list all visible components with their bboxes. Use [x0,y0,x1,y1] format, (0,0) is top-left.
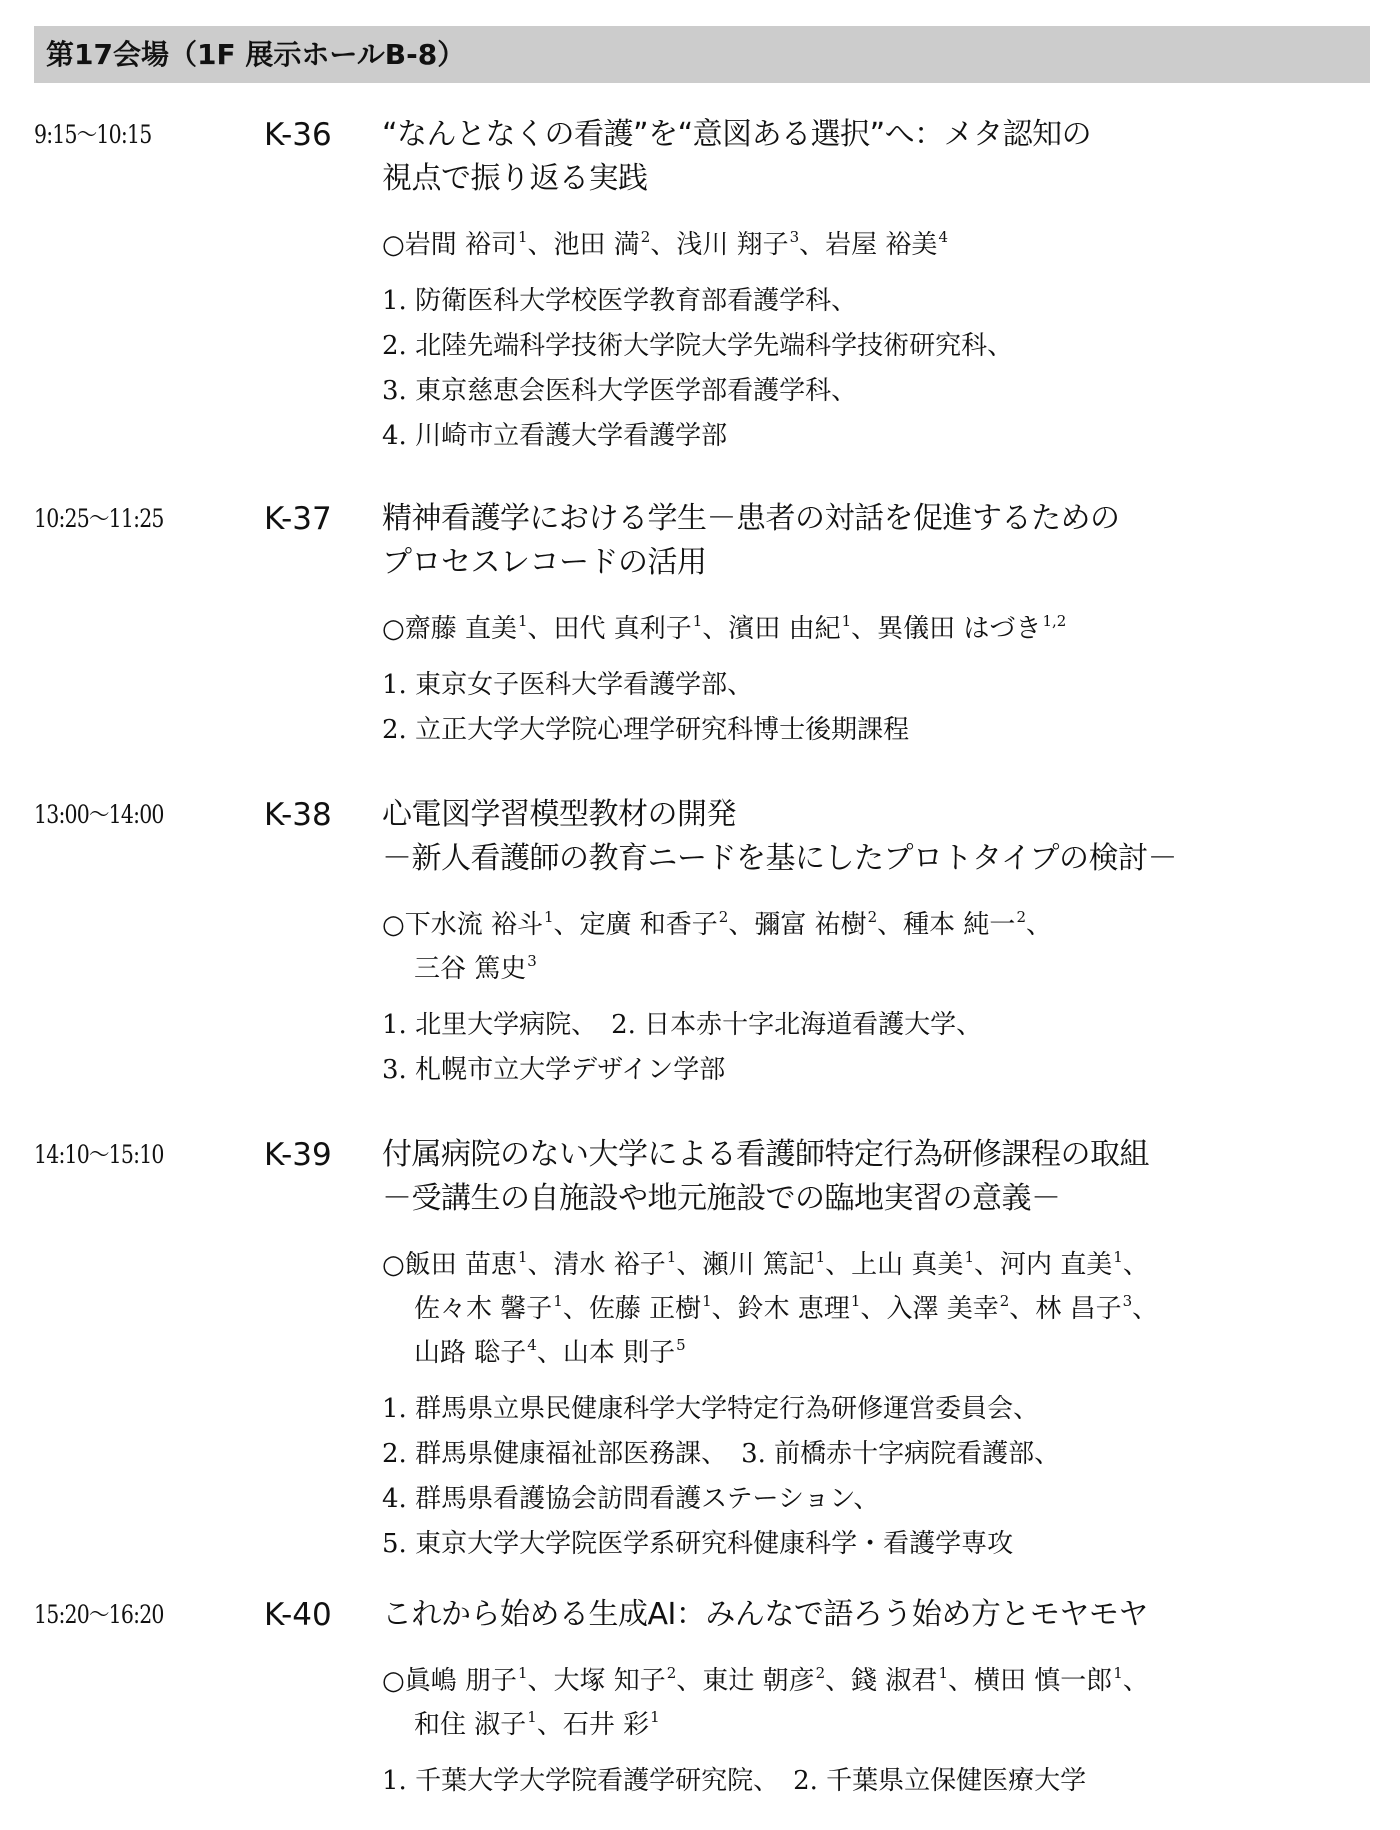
affiliation-line: 1. 千葉大学大学院看護学研究院、2. 千葉県立保健医療大学 [382,1759,1382,1804]
affiliation: 2. 群馬県健康福祉部医務課、 [382,1439,727,1469]
affiliation-list: 1. 千葉大学大学院看護学研究院、2. 千葉県立保健医療大学 [382,1759,1382,1804]
author: 東辻 朝彦2、 [702,1666,851,1696]
author-name: 浅川 翔子 [676,230,788,260]
affiliation: 3. 東京慈恵会医科大学医学部看護学科、 [382,376,857,406]
affiliation: 2. 北陸先端科学技術大学院大学先端科学技術研究科、 [382,331,1013,361]
affiliation-superscript: 1 [964,1248,974,1266]
affiliation-superscript: 3 [1123,1292,1133,1310]
author-name: 石井 彩 [563,1710,649,1740]
author-line: ○飯田 苗恵1、清水 裕子1、瀬川 篤記1、上山 真美1、河内 直美1、 [382,1243,1382,1287]
author: 瀬川 篤記1、 [702,1250,851,1280]
affiliation-superscript: 2 [1000,1292,1010,1310]
separator: 、 [650,230,676,260]
author: 河内 直美1、 [1000,1250,1149,1280]
affiliation-list: 1. 群馬県立県民健康科学大学特定行為研修運営委員会、2. 群馬県健康福祉部医務… [382,1387,1382,1567]
affiliation: 4. 川崎市立看護大学看護学部 [382,421,727,451]
affiliation-superscript: 2 [719,908,729,926]
room-title: 第17会場（1F 展示ホールB-8） [46,35,465,75]
affiliation-line: 3. 東京慈恵会医科大学医学部看護学科、 [382,369,1382,414]
author: 鈴木 恵理1、 [738,1294,887,1324]
affiliation: 2. 千葉県立保健医療大学 [793,1766,1086,1796]
author-line: 和住 淑子1、石井 彩1 [382,1703,1382,1747]
author-name: 上山 真美 [851,1250,963,1280]
affiliation-superscript: 1 [553,1292,563,1310]
author-name: 清水 裕子 [554,1250,666,1280]
author: 彌富 祐樹2、 [754,910,903,940]
author-list: ○飯田 苗恵1、清水 裕子1、瀬川 篤記1、上山 真美1、河内 直美1、佐々木 … [382,1243,1382,1375]
session-title-line: これから始める生成AI：みんなで語ろう始め方とモヤモヤ [382,1593,1382,1637]
author-name: 和住 淑子 [414,1710,526,1740]
affiliation-superscript: 1 [1113,1248,1123,1266]
separator: 、 [537,1338,563,1368]
affiliation-superscript: 1 [518,228,528,246]
separator: 、 [1132,1294,1158,1324]
author-name: 山本 則子 [563,1338,675,1368]
affiliation-superscript: 1 [693,612,703,630]
affiliation-line: 2. 群馬県健康福祉部医務課、3. 前橋赤十字病院看護部、 [382,1432,1382,1477]
affiliation-superscript: 2 [667,1664,677,1682]
separator: 、 [1123,1666,1149,1696]
affiliation-superscript: 1 [518,1248,528,1266]
author: ○岩間 裕司1、 [382,230,554,260]
affiliation-line: 1. 防衛医科大学校医学教育部看護学科、 [382,279,1382,324]
session-code: K-40 [264,1593,332,1637]
presenter-mark-icon: ○ [382,910,405,940]
affiliation-line: 5. 東京大学大学院医学系研究科健康科学・看護学専攻 [382,1522,1382,1567]
presenter-mark-icon: ○ [382,1666,405,1696]
author: 石井 彩1 [563,1710,660,1740]
session-time: 9:15～10:15 [34,113,151,157]
affiliation-superscript: 5 [676,1336,686,1354]
author-line: ○下水流 裕斗1、定廣 和香子2、彌富 祐樹2、種本 純一2、 [382,903,1382,947]
session-title-line: 付属病院のない大学による看護師特定行為研修課程の取組 [382,1133,1382,1177]
author: 佐藤 正樹1、 [589,1294,738,1324]
affiliation-line: 2. 立正大学大学院心理学研究科博士後期課程 [382,708,1382,753]
affiliation-list: 1. 防衛医科大学校医学教育部看護学科、2. 北陸先端科学技術大学院大学先端科学… [382,279,1382,459]
author: 清水 裕子1、 [554,1250,703,1280]
affiliation-line: 2. 北陸先端科学技術大学院大学先端科学技術研究科、 [382,324,1382,369]
session-code: K-38 [264,793,332,837]
author: 岩屋 裕美4 [825,230,948,260]
author: 種本 純一2、 [903,910,1052,940]
affiliation-line: 4. 群馬県看護協会訪問看護ステーション、 [382,1477,1382,1522]
author: ○眞嶋 朋子1、 [382,1666,554,1696]
author-name: 池田 満 [554,230,640,260]
affiliation-line: 1. 群馬県立県民健康科学大学特定行為研修運営委員会、 [382,1387,1382,1432]
author: 山路 聡子4、 [414,1338,563,1368]
session-title-line: 視点で振り返る実践 [382,157,1382,201]
affiliation: 4. 群馬県看護協会訪問看護ステーション、 [382,1484,879,1514]
author: ○下水流 裕斗1、 [382,910,580,940]
separator: 、 [676,1666,702,1696]
separator: 、 [528,230,554,260]
affiliation: 5. 東京大学大学院医学系研究科健康科学・看護学専攻 [382,1529,1013,1559]
session-title-line: 精神看護学における学生－患者の対話を促進するための [382,497,1382,541]
affiliation-superscript: 1 [938,1664,948,1682]
author-list: ○眞嶋 朋子1、大塚 知子2、東辻 朝彦2、錢 淑君1、横田 慎一郎1、和住 淑… [382,1659,1382,1747]
author-name: 林 昌子 [1035,1294,1121,1324]
session-body: “なんとなくの看護”を“意図ある選択”へ：メタ認知の視点で振り返る実践○岩間 裕… [382,113,1382,459]
author: 入澤 美幸2、 [886,1294,1035,1324]
separator: 、 [537,1710,563,1740]
presenter-mark-icon: ○ [382,230,405,260]
session-time: 10:25～11:25 [34,497,164,541]
session-title-line: －新人看護師の教育ニードを基にしたプロトタイプの検討－ [382,837,1382,881]
author-line: 三谷 篤史3 [382,947,1382,991]
affiliation-line: 1. 東京女子医科大学看護学部、 [382,663,1382,708]
session-title-line: “なんとなくの看護”を“意図ある選択”へ：メタ認知の [382,113,1382,157]
author-name: 大塚 知子 [554,1666,666,1696]
author-name: 種本 純一 [903,910,1015,940]
author-name: 河内 直美 [1000,1250,1112,1280]
author-name: 彌富 祐樹 [754,910,866,940]
author-line: ○齋藤 直美1、田代 真利子1、濱田 由紀1、異儀田 はづき1,2 [382,607,1382,651]
author-line: 山路 聡子4、山本 則子5 [382,1331,1382,1375]
author-name: 三谷 篤史 [414,954,526,984]
affiliation: 1. 千葉大学大学院看護学研究院、 [382,1766,779,1796]
session-time: 15:20～16:20 [34,1593,164,1637]
affiliation: 1. 防衛医科大学校医学教育部看護学科、 [382,286,857,316]
separator: 、 [1009,1294,1035,1324]
author-name: 瀬川 篤記 [702,1250,814,1280]
author-name: 下水流 裕斗 [405,910,543,940]
separator: 、 [728,910,754,940]
author-name: 飯田 苗恵 [405,1250,517,1280]
session-title-line: －受講生の自施設や地元施設での臨地実習の意義－ [382,1177,1382,1221]
session-time: 14:10～15:10 [34,1133,164,1177]
affiliation-superscript: 1 [650,1708,660,1726]
author: ○齋藤 直美1、 [382,614,554,644]
affiliation-superscript: 1 [518,1664,528,1682]
author: 横田 慎一郎1、 [974,1666,1149,1696]
affiliation-line: 3. 札幌市立大学デザイン学部 [382,1048,1382,1093]
author-name: 岩屋 裕美 [825,230,937,260]
separator: 、 [825,1250,851,1280]
affiliation-superscript: 4 [938,228,948,246]
affiliation-superscript: 2 [641,228,651,246]
author-name: 鈴木 恵理 [738,1294,850,1324]
affiliation: 1. 北里大学病院、 [382,1010,597,1040]
affiliation-superscript: 1 [1113,1664,1123,1682]
author-list: ○岩間 裕司1、池田 満2、浅川 翔子3、岩屋 裕美4 [382,223,1382,267]
affiliation-superscript: 1 [816,1248,826,1266]
author: 山本 則子5 [563,1338,686,1368]
separator: 、 [563,1294,589,1324]
session-code: K-39 [264,1133,332,1177]
affiliation-superscript: 1 [518,612,528,630]
affiliation-line: 4. 川崎市立看護大学看護学部 [382,414,1382,459]
author-name: 田代 真利子 [554,614,692,644]
author: 佐々木 馨子1、 [414,1294,589,1324]
affiliation-list: 1. 東京女子医科大学看護学部、2. 立正大学大学院心理学研究科博士後期課程 [382,663,1382,753]
session-code: K-36 [264,113,332,157]
author-name: 異儀田 はづき [877,614,1041,644]
separator: 、 [877,910,903,940]
author-list: ○齋藤 直美1、田代 真利子1、濱田 由紀1、異儀田 はづき1,2 [382,607,1382,651]
author: 和住 淑子1、 [414,1710,563,1740]
affiliation-superscript: 2 [816,1664,826,1682]
author-name: 岩間 裕司 [405,230,517,260]
room-header-bar: 第17会場（1F 展示ホールB-8） [34,26,1370,83]
session-body: これから始める生成AI：みんなで語ろう始め方とモヤモヤ○眞嶋 朋子1、大塚 知子… [382,1593,1382,1804]
affiliation: 1. 群馬県立県民健康科学大学特定行為研修運営委員会、 [382,1394,1039,1424]
author-name: 佐藤 正樹 [589,1294,701,1324]
separator: 、 [1123,1250,1149,1280]
separator: 、 [1026,910,1052,940]
affiliation: 1. 東京女子医科大学看護学部、 [382,670,753,700]
author-name: 定廣 和香子 [580,910,718,940]
author-name: 山路 聡子 [414,1338,526,1368]
author-line: ○眞嶋 朋子1、大塚 知子2、東辻 朝彦2、錢 淑君1、横田 慎一郎1、 [382,1659,1382,1703]
session-body: 精神看護学における学生－患者の対話を促進するためのプロセスレコードの活用○齋藤 … [382,497,1382,753]
affiliation: 3. 前橋赤十字病院看護部、 [741,1439,1060,1469]
separator: 、 [702,614,728,644]
affiliation-superscript: 2 [868,908,878,926]
affiliation-superscript: 4 [527,1336,537,1354]
affiliation-superscript: 1 [527,1708,537,1726]
author: 三谷 篤史3 [414,954,537,984]
author: 池田 満2、 [554,230,677,260]
separator: 、 [528,614,554,644]
session-time: 13:00～14:00 [34,793,164,837]
author-name: 錢 淑君 [851,1666,937,1696]
author: 田代 真利子1、 [554,614,729,644]
affiliation: 2. 立正大学大学院心理学研究科博士後期課程 [382,715,909,745]
session-code: K-37 [264,497,332,541]
author-line: ○岩間 裕司1、池田 満2、浅川 翔子3、岩屋 裕美4 [382,223,1382,267]
session-title-line: プロセスレコードの活用 [382,541,1382,585]
affiliation-line: 1. 北里大学病院、2. 日本赤十字北海道看護大学、 [382,1003,1382,1048]
author-name: 横田 慎一郎 [974,1666,1112,1696]
affiliation: 3. 札幌市立大学デザイン学部 [382,1055,725,1085]
separator: 、 [799,230,825,260]
affiliation-superscript: 2 [1016,908,1026,926]
separator: 、 [860,1294,886,1324]
separator: 、 [676,1250,702,1280]
separator: 、 [851,614,877,644]
separator: 、 [948,1666,974,1696]
author: 大塚 知子2、 [554,1666,703,1696]
author-list: ○下水流 裕斗1、定廣 和香子2、彌富 祐樹2、種本 純一2、三谷 篤史3 [382,903,1382,991]
presenter-mark-icon: ○ [382,1250,405,1280]
presenter-mark-icon: ○ [382,614,405,644]
session-body: 心電図学習模型教材の開発－新人看護師の教育ニードを基にしたプロトタイプの検討－○… [382,793,1382,1093]
author: 濱田 由紀1、 [728,614,877,644]
separator: 、 [528,1250,554,1280]
separator: 、 [712,1294,738,1324]
author-name: 東辻 朝彦 [702,1666,814,1696]
author-line: 佐々木 馨子1、佐藤 正樹1、鈴木 恵理1、入澤 美幸2、林 昌子3、 [382,1287,1382,1331]
affiliation-superscript: 1 [842,612,852,630]
affiliation-superscript: 1 [544,908,554,926]
author-name: 濱田 由紀 [728,614,840,644]
author-name: 佐々木 馨子 [414,1294,552,1324]
affiliation-list: 1. 北里大学病院、2. 日本赤十字北海道看護大学、3. 札幌市立大学デザイン学… [382,1003,1382,1093]
affiliation-superscript: 3 [527,952,537,970]
affiliation-superscript: 1,2 [1042,612,1066,630]
affiliation-superscript: 3 [790,228,800,246]
affiliation-superscript: 1 [667,1248,677,1266]
author: 浅川 翔子3、 [676,230,825,260]
author: 林 昌子3、 [1035,1294,1158,1324]
author: 錢 淑君1、 [851,1666,974,1696]
author: 上山 真美1、 [851,1250,1000,1280]
author: ○飯田 苗恵1、 [382,1250,554,1280]
separator: 、 [554,910,580,940]
separator: 、 [974,1250,1000,1280]
author-name: 眞嶋 朋子 [405,1666,517,1696]
separator: 、 [825,1666,851,1696]
affiliation-superscript: 1 [702,1292,712,1310]
affiliation: 2. 日本赤十字北海道看護大学、 [611,1010,982,1040]
separator: 、 [528,1666,554,1696]
author: 異儀田 はづき1,2 [877,614,1066,644]
session-title-line: 心電図学習模型教材の開発 [382,793,1382,837]
author: 定廣 和香子2、 [580,910,755,940]
author-name: 齋藤 直美 [405,614,517,644]
session-body: 付属病院のない大学による看護師特定行為研修課程の取組－受講生の自施設や地元施設で… [382,1133,1382,1567]
author-name: 入澤 美幸 [886,1294,998,1324]
